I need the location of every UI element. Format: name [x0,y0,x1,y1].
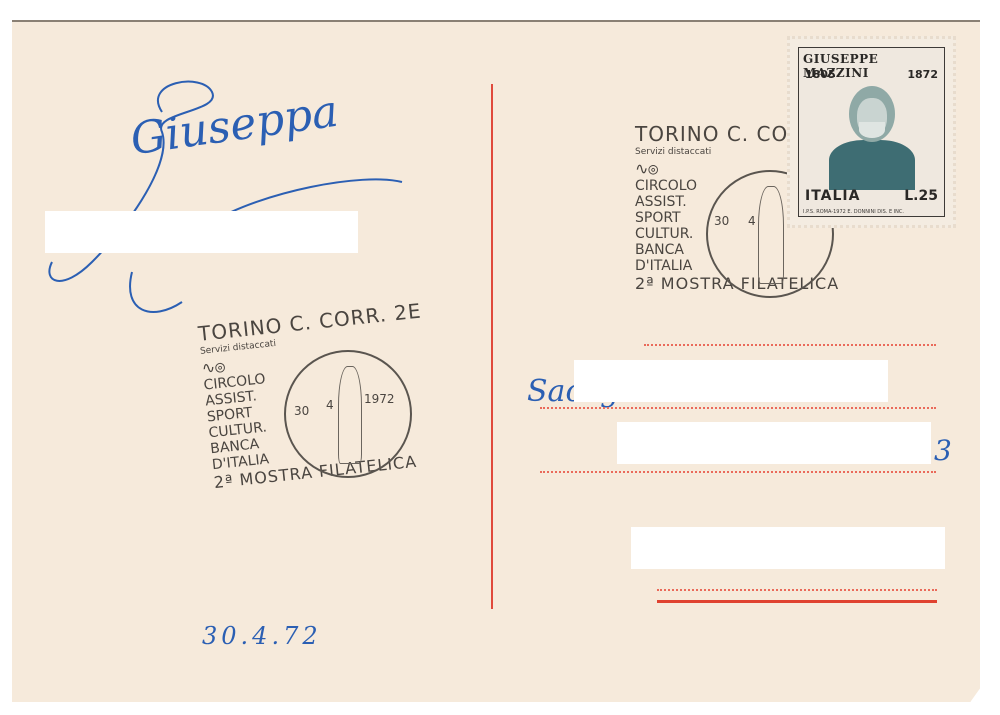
postmark-date-year: 1972 [364,392,395,406]
postmark-date-day: 30 [294,404,309,418]
stamp-frame: GIUSEPPE MAZZINI 1805 1872 ITALIA L.25 I… [798,47,945,217]
redaction-bar [617,422,931,464]
postage-stamp: GIUSEPPE MAZZINI 1805 1872 ITALIA L.25 I… [787,36,956,228]
center-divider [491,84,493,609]
portrait-beard [859,122,885,138]
redaction-bar [631,527,945,569]
postcard: Giuseppa TORINO C. CORR. 2E Servizi dist… [12,20,980,702]
address-line-3 [540,471,936,473]
postmark-date-day: 30 [714,214,729,228]
address-handwriting-2: 3 [934,434,952,467]
stamp-country: ITALIA [805,188,860,204]
address-line-2 [540,407,936,409]
mazzini-portrait [827,82,917,190]
postmark-date-month: 4 [326,398,334,412]
signature-flourish [32,52,412,332]
redaction-bar [574,360,888,402]
address-underline [657,600,937,603]
portrait-body [829,140,915,190]
postmark-circle-left: 30 4 1972 [284,350,412,478]
stamp-year-birth: 1805 [805,68,836,81]
address-line-1 [644,344,936,346]
blacksmith-figure-icon [338,366,362,464]
address-line-4 [657,589,937,591]
blacksmith-figure-icon [758,186,784,284]
postmark-date-month: 4 [748,214,756,228]
handwritten-date: 30.4.72 [202,622,322,650]
stamp-year-death: 1872 [907,68,938,81]
stamp-value: L.25 [904,188,938,204]
stamp-imprint: I.P.S. ROMA-1972 E. DONNINI DIS. E INC. [803,209,904,215]
redaction-bar [45,211,358,253]
